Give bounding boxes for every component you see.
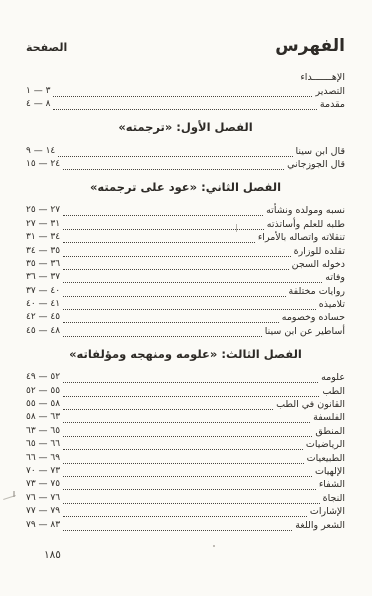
chapter-title: الفصل الثاني: «عود على ترجمته» — [90, 180, 281, 194]
entry-page-range: ٣٤ — ٣١ — [26, 232, 60, 243]
entry-title: النجاة — [323, 493, 345, 504]
entry-title: قال الجوزجاني — [287, 159, 345, 170]
scan-artifact — [13, 491, 15, 497]
toc-entry-row: نسبه ومولده ونشأته ٢٧ — ٢٥ — [26, 203, 345, 216]
dot-leader — [63, 313, 279, 323]
entry-page-range: ٤٨ — ٤٥ — [26, 326, 60, 337]
dot-leader — [63, 247, 291, 257]
entry-page-range: ٨ — ٤ — [26, 99, 50, 110]
toc-entry-row: الرياضيات ٦٦ — ٦٥ — [26, 437, 345, 450]
scan-artifact — [213, 545, 215, 547]
entry-page-range: ٢٧ — ٢٥ — [26, 205, 60, 216]
entry-title: الفلسفة — [313, 412, 345, 423]
toc-entry-row: وفاته ٣٧ — ٣٦ — [26, 270, 345, 283]
dot-leader — [63, 160, 284, 170]
entry-title: أساطير عن ابن سينا — [265, 326, 345, 337]
dot-leader — [63, 287, 285, 297]
entry-title: الرياضيات — [306, 439, 345, 450]
chapter-title: الفصل الأول: «ترجمته» — [118, 120, 252, 134]
dot-leader — [63, 400, 273, 410]
entry-title: الطبيعيات — [307, 453, 345, 464]
toc-entry-row: حساده وخصومه ٤٥ — ٤٢ — [26, 310, 345, 323]
entry-title: التصدير — [315, 86, 345, 97]
dot-leader — [63, 327, 262, 337]
page-header: الفهرس الصفحة — [26, 36, 345, 56]
entry-page-range: ٦٣ — ٥٨ — [26, 412, 60, 423]
dot-leader — [63, 440, 303, 450]
entry-title: القانون في الطب — [276, 399, 345, 410]
toc-entry-row: التصدير ٣ — ١ — [26, 83, 345, 96]
entry-title: طلبه للعلم وأساتذته — [267, 219, 345, 230]
scan-artifact — [236, 224, 237, 232]
dot-leader — [63, 273, 322, 283]
dot-leader — [63, 373, 318, 383]
entry-title: روايات مختلفة — [289, 286, 345, 297]
toc-entry-row: طلبه للعلم وأساتذته ٣١ — ٢٧ — [26, 216, 345, 229]
dot-leader — [53, 87, 312, 97]
entry-page-range: ٣٦ — ٣٥ — [26, 259, 60, 270]
toc-entry-row: علومه ٥٢ — ٤٩ — [26, 370, 345, 383]
toc-entry-row: تنقلاته واتصاله بالأمراء ٣٤ — ٣١ — [26, 230, 345, 243]
dot-leader — [63, 233, 255, 243]
dot-leader — [63, 413, 310, 423]
toc-entry-row: النجاة ٧٦ — ٧٦ — [26, 490, 345, 503]
entry-title: الإهـــــــداء — [300, 72, 345, 83]
entry-page-range: ٥٨ — ٥٥ — [26, 399, 60, 410]
dot-leader — [53, 100, 317, 110]
dot-leader — [63, 467, 312, 477]
entry-page-range: ٦٥ — ٦٣ — [26, 426, 60, 437]
page-column-label: الصفحة — [26, 41, 67, 56]
toc-entry-row: أساطير عن ابن سينا ٤٨ — ٤٥ — [26, 323, 345, 336]
entry-page-range: ٤٠ — ٣٧ — [26, 286, 60, 297]
dot-leader — [63, 300, 316, 310]
toc-entry-row: الطب ٥٥ — ٥٢ — [26, 383, 345, 396]
entry-title: تلاميذه — [319, 299, 345, 310]
entry-title: الإلهيات — [315, 466, 345, 477]
chapter-heading: الفصل الثالث: «علومه ومنهجه ومؤلفاته» — [26, 348, 345, 361]
entry-title: المنطق — [315, 426, 345, 437]
toc-entry-row: الإلهيات ٧٣ — ٧٠ — [26, 464, 345, 477]
page-title: الفهرس — [275, 36, 345, 56]
chapter-heading: الفصل الثاني: «عود على ترجمته» — [26, 181, 345, 194]
entry-page-range: ٧٦ — ٧٦ — [26, 493, 60, 504]
entry-page-range: ٥٥ — ٥٢ — [26, 386, 60, 397]
folio-page-number: ١٨٥ — [44, 549, 61, 561]
entry-page-range: ٧٩ — ٧٧ — [26, 506, 60, 517]
entry-page-range: ٢٤ — ١٥ — [26, 159, 60, 170]
entry-page-range: ٣ — ١ — [26, 86, 50, 97]
toc-entry-row: تقلده للوزارة ٣٥ — ٣٤ — [26, 243, 345, 256]
entry-title: تقلده للوزارة — [294, 246, 345, 257]
toc-entry-row: قال الجوزجاني ٢٤ — ١٥ — [26, 157, 345, 170]
toc-entry-row: قال ابن سينا ١٤ — ٩ — [26, 143, 345, 156]
entry-page-range: ١٤ — ٩ — [26, 146, 55, 157]
scanned-toc-page: الفهرس الصفحة الإهـــــــداء التصدير ٣ —… — [0, 0, 372, 596]
dot-leader — [63, 220, 264, 230]
entry-title: دخوله السجن — [292, 259, 345, 270]
entry-title: قال ابن سينا — [296, 146, 345, 157]
dot-leader — [63, 494, 320, 504]
toc-entry-row: الشفاء ٧٥ — ٧٣ — [26, 477, 345, 490]
toc-entry-row: المنطق ٦٥ — ٦٣ — [26, 423, 345, 436]
entry-page-range: ٨٣ — ٧٩ — [26, 520, 60, 531]
entry-page-range: ٧٣ — ٧٠ — [26, 466, 60, 477]
entry-page-range: ٧٥ — ٧٣ — [26, 479, 60, 490]
dot-leader — [63, 260, 289, 270]
entry-page-range: ٤١ — ٤٠ — [26, 299, 60, 310]
entry-page-range: ٣٥ — ٣٤ — [26, 246, 60, 257]
toc-entry-row: الإشارات ٧٩ — ٧٧ — [26, 504, 345, 517]
entry-page-range: ٣٧ — ٣٦ — [26, 272, 60, 283]
dot-leader — [63, 387, 319, 397]
toc-entry-row: الشعر واللغة ٨٣ — ٧٩ — [26, 517, 345, 530]
toc-entry-row: الإهـــــــداء — [26, 70, 345, 83]
entry-page-range: ٤٥ — ٤٢ — [26, 312, 60, 323]
entry-page-range: ٥٢ — ٤٩ — [26, 372, 60, 383]
toc-entry-row: الفلسفة ٦٣ — ٥٨ — [26, 410, 345, 423]
toc-entry-row: تلاميذه ٤١ — ٤٠ — [26, 297, 345, 310]
toc-entry-row: دخوله السجن ٣٦ — ٣٥ — [26, 257, 345, 270]
dot-leader — [63, 507, 307, 517]
toc-list: الإهـــــــداء التصدير ٣ — ١ مقدمة ٨ — ٤… — [26, 70, 345, 531]
chapter-heading: الفصل الأول: «ترجمته» — [26, 121, 345, 134]
entry-page-range: ٦٦ — ٦٥ — [26, 439, 60, 450]
entry-title: تنقلاته واتصاله بالأمراء — [258, 232, 345, 243]
entry-title: الطب — [322, 386, 345, 397]
entry-title: وفاته — [325, 272, 345, 283]
dot-leader — [63, 454, 304, 464]
chapter-title: الفصل الثالث: «علومه ومنهجه ومؤلفاته» — [69, 347, 302, 361]
dot-leader — [63, 206, 263, 216]
entry-page-range: ٣١ — ٢٧ — [26, 219, 60, 230]
entry-title: الشفاء — [319, 479, 345, 490]
dot-leader — [63, 521, 292, 531]
toc-entry-row: الطبيعيات ٦٩ — ٦٦ — [26, 450, 345, 463]
entry-title: الإشارات — [310, 506, 345, 517]
entry-title: علومه — [321, 372, 345, 383]
entry-title: مقدمة — [320, 99, 345, 110]
entry-title: حساده وخصومه — [282, 312, 345, 323]
entry-title: الشعر واللغة — [295, 520, 345, 531]
dot-leader — [58, 147, 292, 157]
dot-leader — [63, 480, 316, 490]
toc-entry-row: مقدمة ٨ — ٤ — [26, 97, 345, 110]
dot-leader — [63, 427, 312, 437]
entry-page-range: ٦٩ — ٦٦ — [26, 453, 60, 464]
entry-title: نسبه ومولده ونشأته — [266, 205, 345, 216]
toc-entry-row: روايات مختلفة ٤٠ — ٣٧ — [26, 283, 345, 296]
toc-entry-row: القانون في الطب ٥٨ — ٥٥ — [26, 397, 345, 410]
